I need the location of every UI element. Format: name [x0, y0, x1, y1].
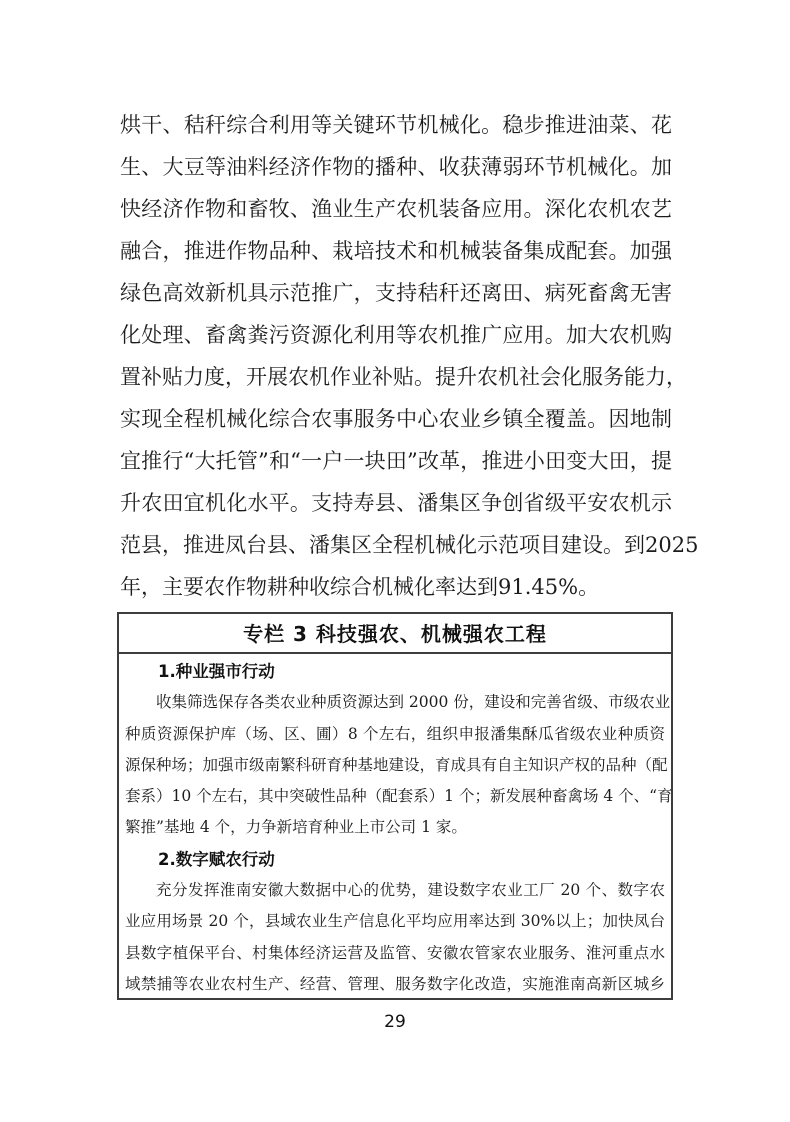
section-heading: 2.数字赋农行动	[125, 844, 665, 875]
box-text-line: 域禁捕等农业农村生产、经营、管理、服务数字化改造，实施淮南高新区城乡	[125, 969, 665, 1000]
box-text-line: 业应用场景 20 个，县域农业生产信息化平均应用率达到 30%以上；加快凤台	[125, 906, 665, 937]
body-text-line: 烘干、秸秆综合利用等关键环节机械化。稳步推进油菜、花	[120, 104, 672, 146]
box-text-line: 种质资源保护库（场、区、圃）8 个左右，组织申报潘集酥瓜省级农业种质资	[125, 719, 665, 750]
body-text-line: 置补贴力度，开展农机作业补贴。提升农机社会化服务能力，	[120, 356, 672, 398]
box-text-line: 繁推”基地 4 个，力争新培育种业上市公司 1 家。	[125, 812, 665, 843]
box-text-line: 县数字植保平台、村集体经济运营及监管、安徽农管家农业服务、淮河重点水	[125, 938, 665, 969]
page-number: 29	[0, 1012, 790, 1032]
box-text-line: 充分发挥淮南安徽大数据中心的优势，建设数字农业工厂 20 个、数字农	[125, 875, 665, 906]
callout-box-title: 专栏 3 科技强农、机械强农工程	[119, 614, 671, 654]
body-text-line: 绿色高效新机具示范推广，支持秸秆还离田、病死畜禽无害	[120, 272, 672, 314]
callout-box-content: 1.种业强市行动收集筛选保存各类农业种质资源达到 2000 份，建设和完善省级、…	[119, 654, 671, 1000]
box-text-line: 收集筛选保存各类农业种质资源达到 2000 份，建设和完善省级、市级农业	[125, 687, 665, 718]
body-text-line: 宜推行“大托管”和“一户一块田”改革，推进小田变大田，提	[120, 440, 672, 482]
document-page: 烘干、秸秆综合利用等关键环节机械化。稳步推进油菜、花生、大豆等油料经济作物的播种…	[0, 0, 790, 1122]
body-text-line: 生、大豆等油料经济作物的播种、收获薄弱环节机械化。加	[120, 146, 672, 188]
body-text-line: 化处理、畜禽粪污资源化利用等农机推广应用。加大农机购	[120, 314, 672, 356]
box-text-line: 套系）10 个左右，其中突破性品种（配套系）1 个；新发展种畜禽场 4 个、“育	[125, 781, 665, 812]
callout-box: 专栏 3 科技强农、机械强农工程 1.种业强市行动收集筛选保存各类农业种质资源达…	[117, 612, 673, 1000]
body-text-line: 升农田宜机化水平。支持寿县、潘集区争创省级平安农机示	[120, 482, 672, 524]
body-text-line: 范县，推进凤台县、潘集区全程机械化示范项目建设。到2025	[120, 524, 672, 566]
body-text-line: 实现全程机械化综合农事服务中心农业乡镇全覆盖。因地制	[120, 398, 672, 440]
box-text-line: 源保种场；加强市级南繁科研育种基地建设，育成具有自主知识产权的品种（配	[125, 750, 665, 781]
body-text-line: 快经济作物和畜牧、渔业生产农机装备应用。深化农机农艺	[120, 188, 672, 230]
section-heading: 1.种业强市行动	[125, 656, 665, 687]
body-text-line: 融合，推进作物品种、栽培技术和机械装备集成配套。加强	[120, 230, 672, 272]
body-paragraph: 烘干、秸秆综合利用等关键环节机械化。稳步推进油菜、花生、大豆等油料经济作物的播种…	[120, 104, 672, 608]
body-text-line: 年，主要农作物耕种收综合机械化率达到91.45%。	[120, 566, 672, 608]
